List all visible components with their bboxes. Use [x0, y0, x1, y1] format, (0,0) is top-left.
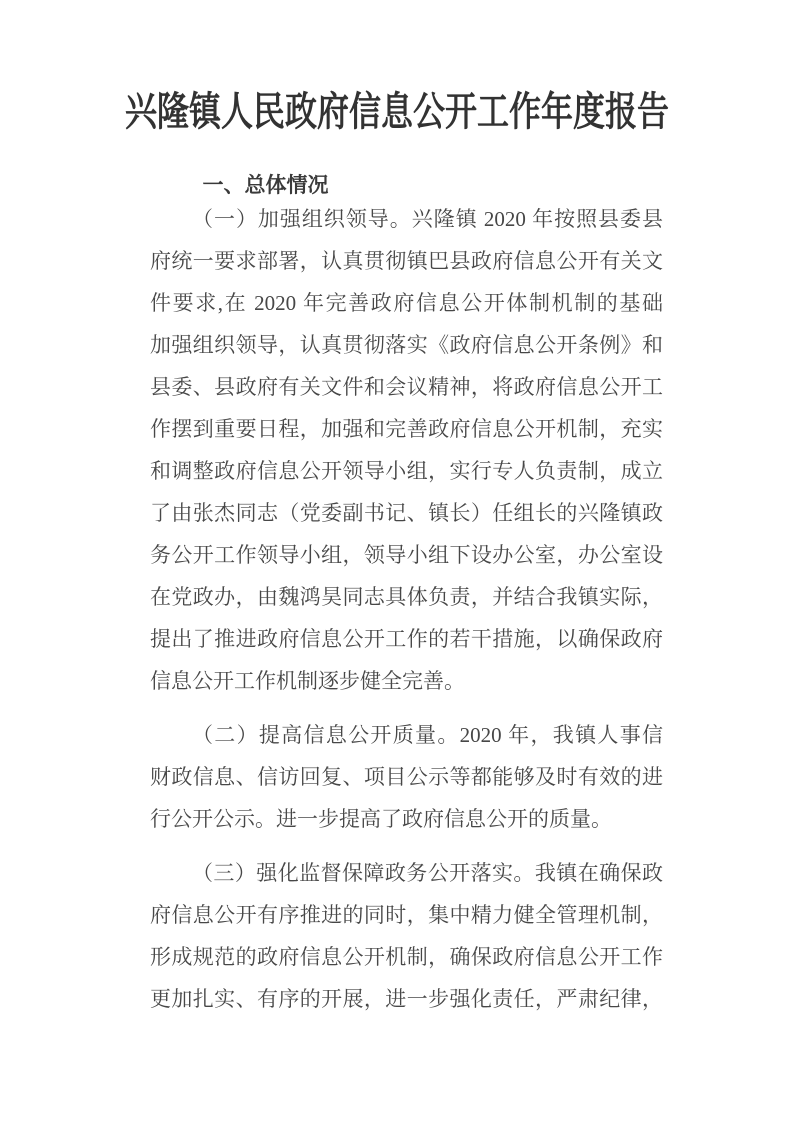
text-line: 更加扎实、有序的开展，进一步强化责任，严肃纪律，	[150, 978, 663, 1020]
text-line: 件要求,在 2020 年完善政府信息公开体制机制的基础上，	[150, 282, 663, 324]
section-heading: 一、总体情况	[150, 174, 663, 198]
text-line: 县委、县政府有关文件和会议精神，将政府信息公开工	[150, 366, 663, 408]
text-line: 在党政办，由魏鸿昊同志具体负责，并结合我镇实际，	[150, 576, 663, 618]
document-title: 兴隆镇人民政府信息公开工作年度报告	[0, 0, 793, 132]
text-line: （一）加强组织领导。兴隆镇 2020 年按照县委县政	[150, 198, 663, 240]
paragraph: （二）提高信息公开质量。2020 年，我镇人事信息、财政信息、信访回复、项目公示…	[150, 714, 663, 840]
text-line: 信息公开工作机制逐步健全完善。	[150, 660, 663, 702]
text-line: 作摆到重要日程，加强和完善政府信息公开机制，充实	[150, 408, 663, 450]
text-line: （二）提高信息公开质量。2020 年，我镇人事信息、	[150, 714, 663, 756]
document-page: 兴隆镇人民政府信息公开工作年度报告 一、总体情况 （一）加强组织领导。兴隆镇 2…	[0, 0, 793, 1122]
text-line: （三）强化监督保障政务公开落实。我镇在确保政	[150, 852, 663, 894]
text-line: 和调整政府信息公开领导小组，实行专人负责制，成立	[150, 450, 663, 492]
text-line: 行公开公示。进一步提高了政府信息公开的质量。	[150, 798, 663, 840]
paragraph: （三）强化监督保障政务公开落实。我镇在确保政府信息公开有序推进的同时，集中精力健…	[150, 852, 663, 1020]
text-line: 财政信息、信访回复、项目公示等都能够及时有效的进	[150, 756, 663, 798]
text-line: 府信息公开有序推进的同时，集中精力健全管理机制，	[150, 894, 663, 936]
text-line: 形成规范的政府信息公开机制，确保政府信息公开工作	[150, 936, 663, 978]
document-body: （一）加强组织领导。兴隆镇 2020 年按照县委县政府统一要求部署，认真贯彻镇巴…	[150, 198, 663, 1020]
text-line: 加强组织领导，认真贯彻落实《政府信息公开条例》和	[150, 324, 663, 366]
text-line: 提出了推进政府信息公开工作的若干措施，以确保政府	[150, 618, 663, 660]
paragraph: （一）加强组织领导。兴隆镇 2020 年按照县委县政府统一要求部署，认真贯彻镇巴…	[150, 198, 663, 702]
document-title-text: 兴隆镇人民政府信息公开工作年度报告	[125, 91, 669, 132]
text-line: 务公开工作领导小组，领导小组下设办公室，办公室设	[150, 534, 663, 576]
text-line: 了由张杰同志（党委副书记、镇长）任组长的兴隆镇政	[150, 492, 663, 534]
text-line: 府统一要求部署，认真贯彻镇巴县政府信息公开有关文	[150, 240, 663, 282]
